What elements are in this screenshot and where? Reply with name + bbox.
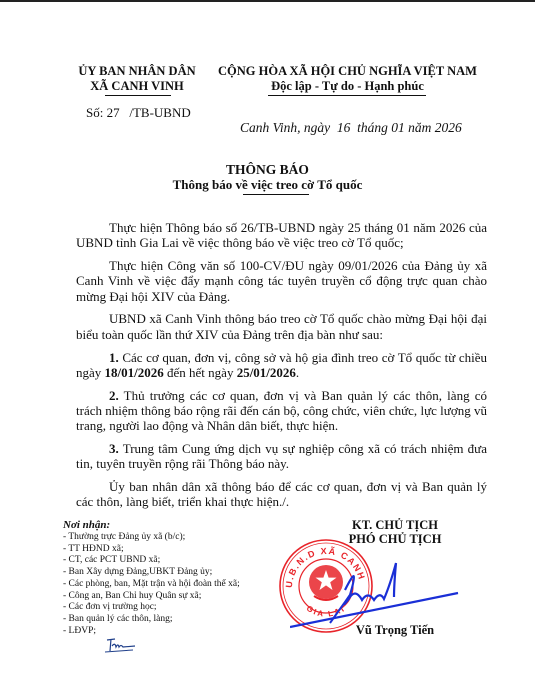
handwritten-signature-icon [290, 555, 480, 630]
item-3-number: 3. [109, 441, 119, 456]
item-1-date-to: 25/01/2026 [237, 365, 296, 380]
document-body: Thực hiện Thông báo số 26/TB-UBND ngày 2… [76, 220, 487, 517]
item-2-text: Thủ trưởng các cơ quan, đơn vị và Ban qu… [76, 388, 487, 434]
recipient-item: - Các phòng, ban, Mặt trận và hội đoàn t… [63, 579, 283, 591]
document-number: Số: 27 /TB-UBND [86, 105, 191, 121]
item-1: 1. Các cơ quan, đơn vị, công sở và hộ gi… [76, 350, 487, 381]
document-subtitle: Thông báo về việc treo cờ Tổ quốc [0, 177, 535, 192]
recipient-item: - TT HĐND xã; [63, 544, 283, 556]
recipients-heading: Nơi nhận: [63, 519, 283, 532]
national-motto: CỘNG HÒA XÃ HỘI CHỦ NGHĨA VIỆT NAM Độc l… [215, 64, 480, 94]
item-3-text: Trung tâm Cung ứng dịch vụ sự nghiệp côn… [76, 441, 487, 471]
recipient-item: - CT, các PCT UBND xã; [63, 555, 283, 567]
paragraph-announcement: UBND xã Canh Vinh thông báo treo cờ Tổ q… [76, 311, 487, 342]
place-and-date: Canh Vinh, ngày 16 tháng 01 năm 2026 [240, 120, 462, 136]
sign-line-1: KT. CHỦ TỊCH [320, 518, 470, 532]
window-top-border [0, 0, 535, 2]
recipient-item: - Thường trực Đảng ủy xã (b/c); [63, 532, 283, 544]
authority-line-1: ỦY BAN NHÂN DÂN [62, 64, 212, 79]
closing-paragraph: Ủy ban nhân dân xã thông báo để các cơ q… [76, 479, 487, 510]
title-underline [243, 194, 309, 195]
recipient-item: - Các đơn vị trường học; [63, 602, 283, 614]
item-3: 3. Trung tâm Cung ứng dịch vụ sự nghiệp … [76, 441, 487, 472]
item-1-mid: đến hết ngày [164, 365, 237, 380]
issuing-authority: ỦY BAN NHÂN DÂN XÃ CANH VINH [62, 64, 212, 94]
recipient-item: - LĐVP; [63, 626, 283, 638]
sign-line-2: PHÓ CHỦ TỊCH [320, 532, 470, 546]
signature-block-title: KT. CHỦ TỊCH PHÓ CHỦ TỊCH [320, 518, 470, 546]
item-1-date-from: 18/01/2026 [105, 365, 164, 380]
item-1-number: 1. [109, 350, 119, 365]
nation-line-2: Độc lập - Tự do - Hạnh phúc [215, 79, 480, 94]
document-title: THÔNG BÁO [0, 162, 535, 177]
motto-underline [268, 95, 426, 96]
signer-name: Vũ Trọng Tiến [320, 623, 470, 638]
item-1-end: . [296, 365, 299, 380]
authority-underline [105, 95, 171, 96]
recipient-item: - Công an, Ban Chỉ huy Quân sự xã; [63, 591, 283, 603]
authority-line-2: XÃ CANH VINH [62, 79, 212, 94]
recipient-item: - Ban Xây dựng Đảng,UBKT Đảng ủy; [63, 567, 283, 579]
paragraph-basis-2: Thực hiện Công văn số 100-CV/ĐU ngày 09/… [76, 258, 487, 304]
recipient-item: - Ban quản lý các thôn, làng; [63, 614, 283, 626]
nation-line-1: CỘNG HÒA XÃ HỘI CHỦ NGHĨA VIỆT NAM [215, 64, 480, 79]
paragraph-basis-1: Thực hiện Thông báo số 26/TB-UBND ngày 2… [76, 220, 487, 251]
recipients-list: Nơi nhận: - Thường trực Đảng ủy xã (b/c)… [63, 519, 283, 637]
item-2-number: 2. [109, 388, 119, 403]
initials-signature-icon [103, 636, 143, 654]
item-2: 2. Thủ trưởng các cơ quan, đơn vị và Ban… [76, 388, 487, 434]
